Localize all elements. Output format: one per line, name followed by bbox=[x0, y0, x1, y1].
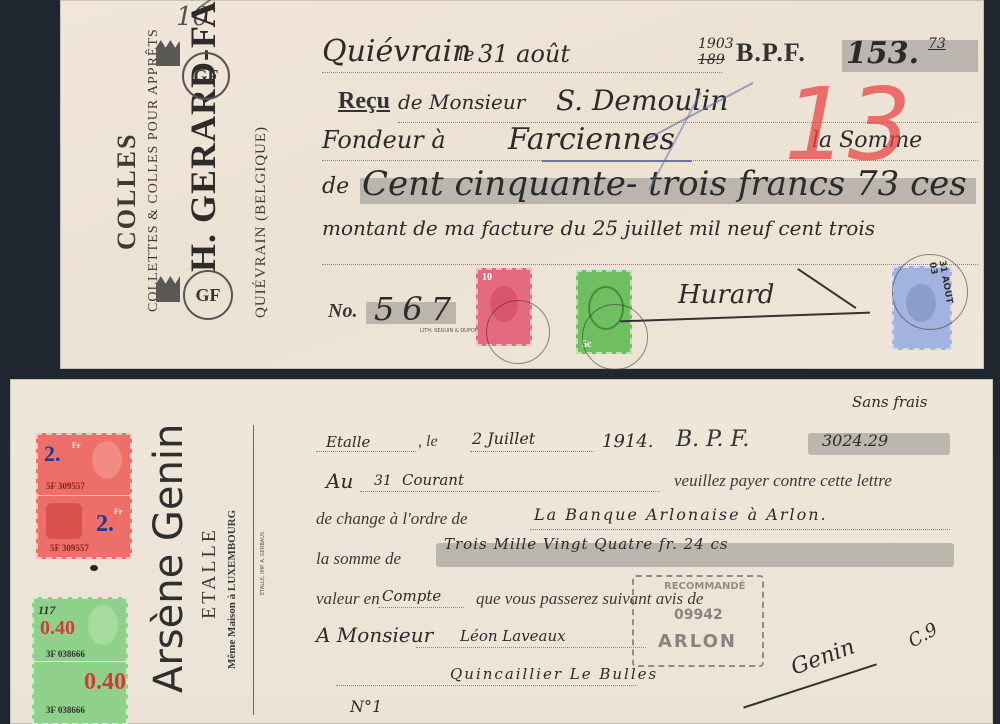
box-stamp-number: 09942 bbox=[674, 607, 723, 623]
letterhead-city: QUIÉVRAIN (BELGIQUE) bbox=[253, 126, 270, 318]
bpf-label: B. P. F. bbox=[676, 427, 749, 452]
dotted-line bbox=[322, 72, 722, 73]
value-label: valeur en bbox=[316, 589, 380, 609]
receipt-year-written: 1903 bbox=[698, 36, 734, 52]
bpf-label: B.P.F. bbox=[736, 38, 806, 68]
dotted-line bbox=[378, 607, 464, 608]
number-label: No. bbox=[328, 300, 357, 323]
letterhead-company: H. GERARD-FALLY & Cie bbox=[182, 0, 224, 272]
box-stamp-town: ARLON bbox=[658, 631, 737, 652]
bill-place: Etalle bbox=[326, 433, 370, 451]
signature-flourish bbox=[798, 268, 857, 308]
bill-amount: 3024.29 bbox=[822, 431, 888, 450]
bill-of-exchange-document: 2. Fr 5F 309557 2. Fr 5F 309557 117 0.40… bbox=[10, 379, 993, 724]
receipt-document: 10 COLLES COLLETTES & COLLES POUR APPRÊT… bbox=[60, 0, 984, 369]
lion-icon bbox=[46, 503, 82, 539]
stamp-denomination: 10 bbox=[482, 272, 492, 283]
fiscal-value: 2. bbox=[96, 511, 114, 538]
signature: Hurard bbox=[678, 280, 774, 310]
portrait-icon bbox=[92, 441, 122, 479]
pay-text: veuillez payer contre cette lettre bbox=[674, 471, 892, 491]
description-line: montant de ma facture du 25 juillet mil … bbox=[322, 216, 875, 240]
perforation bbox=[34, 661, 126, 662]
sum-label: la somme de bbox=[316, 549, 401, 569]
receipt-date: 31 août bbox=[478, 40, 570, 68]
recu-label: Reçu bbox=[338, 88, 390, 115]
letterhead-name: Arsène Genin bbox=[146, 424, 192, 693]
number-note: N°1 bbox=[350, 697, 382, 716]
payer-city: Farciennes bbox=[508, 122, 675, 157]
crown-icon bbox=[156, 276, 180, 302]
amount-cents: 73 bbox=[928, 36, 946, 52]
fiscal-serial: 5F 309557 bbox=[46, 481, 85, 491]
fiscal-unit: Fr bbox=[114, 507, 122, 516]
bill-year: 1914. bbox=[602, 431, 654, 452]
dotted-line bbox=[322, 264, 978, 265]
postmark-date: 31 AOUT 03 bbox=[927, 260, 956, 315]
due-prefix: Au bbox=[326, 469, 353, 493]
de-monsieur-label: de Monsieur bbox=[398, 90, 525, 114]
payer-occupation: Fondeur à bbox=[322, 126, 446, 154]
fiscal-serial: 3F 038666 bbox=[46, 705, 85, 715]
de-label: de bbox=[322, 174, 349, 199]
postmark: 31 AOUT 03 bbox=[892, 254, 968, 330]
dotted-line bbox=[336, 685, 636, 686]
corner-note: Sans frais bbox=[852, 393, 928, 411]
fiscal-serial: 3F 038666 bbox=[46, 649, 85, 659]
fiscal-unit: Fr bbox=[72, 441, 80, 450]
fiscal-stamp-red: 2. Fr 5F 309557 2. Fr 5F 309557 bbox=[36, 433, 132, 559]
postmark bbox=[582, 304, 648, 370]
receipt-place: Quiévrain bbox=[322, 34, 471, 69]
letterhead-town: ETALLE bbox=[198, 527, 221, 619]
fiscal-value: 0.40 bbox=[40, 617, 75, 640]
monogram-seal-top: GF bbox=[182, 52, 230, 100]
bill-amount-words: Trois Mille Vingt Quatre fr. 24 cs bbox=[444, 535, 729, 553]
perforation bbox=[38, 495, 130, 496]
registration-box-stamp: RECOMMANDÉ 09942 ARLON bbox=[632, 575, 764, 667]
red-annotation: 13 bbox=[784, 66, 911, 183]
number-value: 567 bbox=[374, 290, 459, 328]
due-month: Courant bbox=[402, 471, 464, 489]
letterhead-colles: COLLES bbox=[112, 133, 142, 251]
fiscal-value: 0.40 bbox=[84, 669, 126, 696]
dotted-line bbox=[416, 647, 646, 648]
le-label: , le bbox=[418, 433, 438, 451]
postmark bbox=[486, 300, 550, 364]
fiscal-value: 2. bbox=[44, 441, 61, 467]
addressee-name: Léon Laveaux bbox=[460, 627, 566, 645]
payee: La Banque Arlonaise à Arlon. bbox=[534, 505, 828, 524]
addressee-prefix: A Monsieur bbox=[316, 623, 433, 647]
dotted-line bbox=[316, 451, 416, 452]
letterhead-subtitle: Même Maison à LUXEMBOURG bbox=[226, 510, 238, 669]
printer-line: ETALLE, IMP. A. GERBAUX. bbox=[260, 530, 266, 595]
punch-hole bbox=[90, 565, 98, 571]
pencil-note: 117 bbox=[38, 603, 55, 618]
letterhead-subtitle: COLLETTES & COLLES POUR APPRÊTS bbox=[146, 28, 162, 312]
side-note: C.9 bbox=[905, 619, 942, 652]
portrait-icon bbox=[88, 605, 118, 645]
value-written: Compte bbox=[382, 587, 441, 605]
receipt-year-printed: 189 bbox=[698, 52, 725, 68]
addressee-line2: Quincaillier Le Bulles bbox=[450, 665, 658, 683]
fiscal-serial: 5F 309557 bbox=[50, 543, 89, 553]
crown-icon bbox=[156, 40, 180, 66]
signature-flourish bbox=[620, 312, 870, 322]
monogram-text-2: GF bbox=[196, 285, 221, 306]
box-stamp-line1: RECOMMANDÉ bbox=[664, 581, 746, 592]
bill-date: 2 Juillet bbox=[472, 429, 535, 448]
order-text: de change à l'ordre de bbox=[316, 509, 468, 529]
receipt-le: le bbox=[458, 44, 474, 65]
dotted-line bbox=[470, 451, 594, 452]
monogram-seal-bottom: GF bbox=[183, 270, 233, 320]
ornamental-rule bbox=[253, 425, 254, 715]
dotted-line bbox=[360, 491, 660, 492]
due-day: 31 bbox=[374, 473, 392, 489]
monogram-text: GF bbox=[194, 66, 219, 87]
dotted-line bbox=[530, 529, 950, 530]
fiscal-stamp-green: 117 0.40 3F 038666 0.40 3F 038666 bbox=[32, 597, 128, 724]
payer-name: S. Demoulin bbox=[556, 84, 728, 117]
